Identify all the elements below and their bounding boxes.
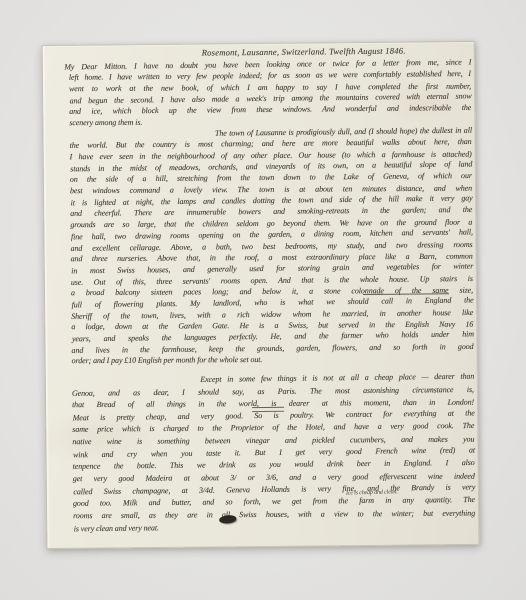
letter-text-block: Rosemont, Lausanne, Switzerland. Twelfth… [69, 44, 478, 535]
letter-paper: Rosemont, Lausanne, Switzerland. Twelfth… [42, 41, 480, 549]
underline-mark-dearer [252, 407, 284, 412]
letter-paragraph-3: Except in some few things it is not at a… [72, 371, 478, 535]
letter-line: order; and I pay £10 English per month f… [72, 353, 474, 367]
letter-paragraph-2: The town of Lausanne is prodigiously dul… [69, 125, 475, 367]
letter-paragraph-1: My Dear Mitton. I have no doubt you have… [69, 57, 474, 129]
photo-background: { "paper": { "paper_color": "#eae7db", "… [0, 0, 526, 600]
